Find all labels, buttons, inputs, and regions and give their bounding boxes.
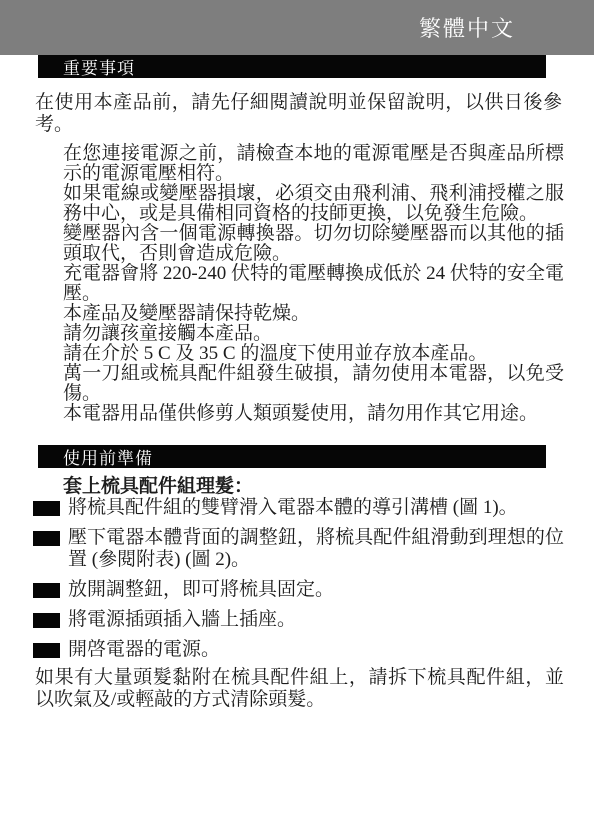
safety-item: 本電器用品僅供修剪人類頭髮使用，請勿用作其它用途。 [63,404,564,424]
bullet-square-icon [33,643,60,658]
step-text: 放開調整鈕，即可將梳具固定。 [68,579,334,601]
step-text: 將電源插頭插入牆上插座。 [68,609,296,631]
section-title-important: 重要事項 [63,54,135,79]
language-label: 繁體中文 [419,12,515,43]
step-text: 壓下電器本體背面的調整鈕，將梳具配件組滑動到理想的位置 (參閱附表) (圖 2)… [68,527,564,571]
prep-subtitle: 套上梳具配件組理髮： [63,477,594,497]
step-text: 將梳具配件組的雙臂滑入電器本體的導引溝槽 (圖 1)。 [68,497,518,519]
step-item: 放開調整鈕，即可將梳具固定。 [33,579,564,601]
step-list: 將梳具配件組的雙臂滑入電器本體的導引溝槽 (圖 1)。 壓下電器本體背面的調整鈕… [0,497,594,661]
manual-page: { "header": { "language_label": "繁體中文" }… [0,0,594,838]
section-header-important: 重要事項 [38,55,546,78]
step-item: 將電源插頭插入牆上插座。 [33,609,564,631]
section-title-preparation: 使用前準備 [63,444,153,469]
bullet-square-icon [33,583,60,598]
intro-paragraph: 在使用本產品前，請先仔細閱讀說明並保留說明，以供日後參考。 [35,92,562,136]
bullet-square-icon [33,531,60,546]
step-item: 開啓電器的電源。 [33,639,564,661]
step-item: 壓下電器本體背面的調整鈕，將梳具配件組滑動到理想的位置 (參閱附表) (圖 2)… [33,527,564,571]
bullet-square-icon [33,613,60,628]
safety-item: 如果電線或變壓器損壞，必須交由飛利浦、飛利浦授權之服務中心，或是具備相同資格的技… [63,184,564,224]
safety-item: 請在介於 5 C 及 35 C 的溫度下使用並存放本產品。 [63,344,564,364]
bullet-square-icon [33,501,60,516]
step-text: 開啓電器的電源。 [68,639,220,661]
note-paragraph: 如果有大量頭髮黏附在梳具配件組上，請拆下梳具配件組，並以吹氣及/或輕敲的方式清除… [35,667,564,711]
safety-item: 本產品及變壓器請保持乾燥。 [63,304,564,324]
safety-item: 請勿讓孩童接觸本產品。 [63,324,564,344]
safety-item: 在您連接電源之前，請檢查本地的電源電壓是否與產品所標示的電源電壓相符。 [63,144,564,184]
step-item: 將梳具配件組的雙臂滑入電器本體的導引溝槽 (圖 1)。 [33,497,564,519]
section-header-preparation: 使用前準備 [38,445,546,468]
safety-list: 在您連接電源之前，請檢查本地的電源電壓是否與產品所標示的電源電壓相符。 如果電線… [63,144,564,424]
language-header-bar: 繁體中文 [0,0,594,55]
safety-item: 充電器會將 220-240 伏特的電壓轉換成低於 24 伏特的安全電壓。 [63,264,564,304]
safety-item: 萬一刀組或梳具配件組發生破損，請勿使用本電器，以免受傷。 [63,364,564,404]
safety-item: 變壓器內含一個電源轉換器。切勿切除變壓器而以其他的插頭取代，否則會造成危險。 [63,224,564,264]
